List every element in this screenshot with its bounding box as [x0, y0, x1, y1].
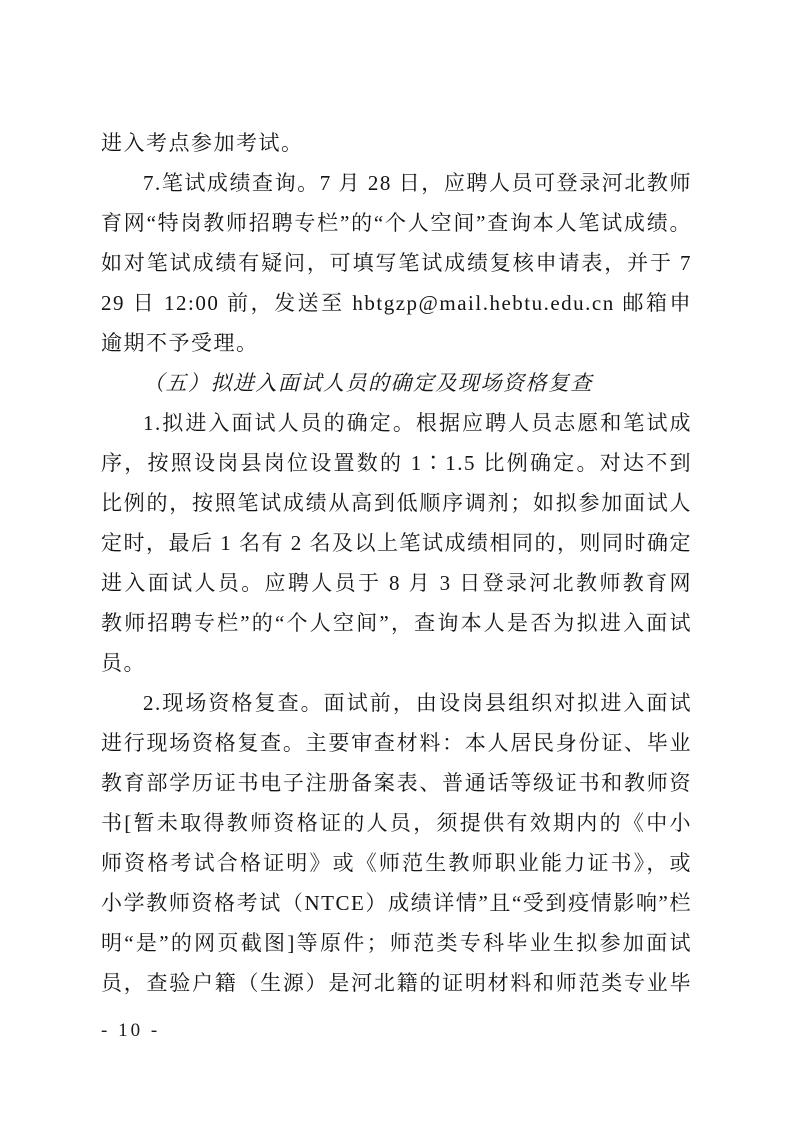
page-number: - 10 -	[101, 1018, 160, 1044]
text-line: 员，查验户籍（生源）是河北籍的证明材料和师范类专业毕业的	[101, 963, 692, 1003]
text-line: 比例的，按照笔试成绩从高到低顺序调剂；如拟参加面试人员确	[101, 483, 692, 523]
text-line: 师资格考试合格证明》或《师范生教师职业能力证书》，或“中	[101, 843, 692, 883]
text-line: 明“是”的网页截图]等原件；师范类专科毕业生拟参加面试人	[101, 923, 692, 963]
document-page: 进入考点参加考试。 7.笔试成绩查询。7 月 28 日，应聘人员可登录河北教师教…	[0, 0, 794, 1123]
text-line-email: 29 日 12:00 前，发送至 hbtgzp@mail.hebtu.edu.c…	[101, 283, 692, 323]
text-line: 如对笔试成绩有疑问，可填写笔试成绩复核申请表，并于 7 月	[101, 243, 692, 283]
text-line: 定时，最后 1 名有 2 名及以上笔试成绩相同的，则同时确定为拟	[101, 523, 692, 563]
text-line: 进入面试人员。应聘人员于 8 月 3 日登录河北教师教育网“特岗	[101, 563, 692, 603]
text-line: 进入考点参加考试。	[101, 123, 692, 163]
text-line: 进行现场资格复查。主要审查材料：本人居民身份证、毕业证书、	[101, 723, 692, 763]
text-line: 小学教师资格考试（NTCE）成绩详情”且“受到疫情影响”栏标	[101, 883, 692, 923]
text-line: 书[暂未取得教师资格证的人员，须提供有效期内的《中小学教	[101, 803, 692, 843]
text-line: 员。	[101, 643, 692, 683]
text-line: 逾期不予受理。	[101, 323, 692, 363]
text-line: 序，按照设岗县岗位设置数的 1∶1.5 比例确定。对达不到 1∶1.5	[101, 443, 692, 483]
text-line: 教育部学历证书电子注册备案表、普通话等级证书和教师资格证	[101, 763, 692, 803]
document-body: 进入考点参加考试。 7.笔试成绩查询。7 月 28 日，应聘人员可登录河北教师教…	[101, 123, 692, 1003]
text-line: 育网“特岗教师招聘专栏”的“个人空间”查询本人笔试成绩。	[101, 203, 692, 243]
section-heading: （五）拟进入面试人员的确定及现场资格复查	[101, 363, 692, 403]
text-line: 2.现场资格复查。面试前，由设岗县组织对拟进入面试人员	[101, 683, 692, 723]
text-line: 1.拟进入面试人员的确定。根据应聘人员志愿和笔试成绩排	[101, 403, 692, 443]
text-line: 教师招聘专栏”的“个人空间”，查询本人是否为拟进入面试人	[101, 603, 692, 643]
text-line: 7.笔试成绩查询。7 月 28 日，应聘人员可登录河北教师教	[101, 163, 692, 203]
